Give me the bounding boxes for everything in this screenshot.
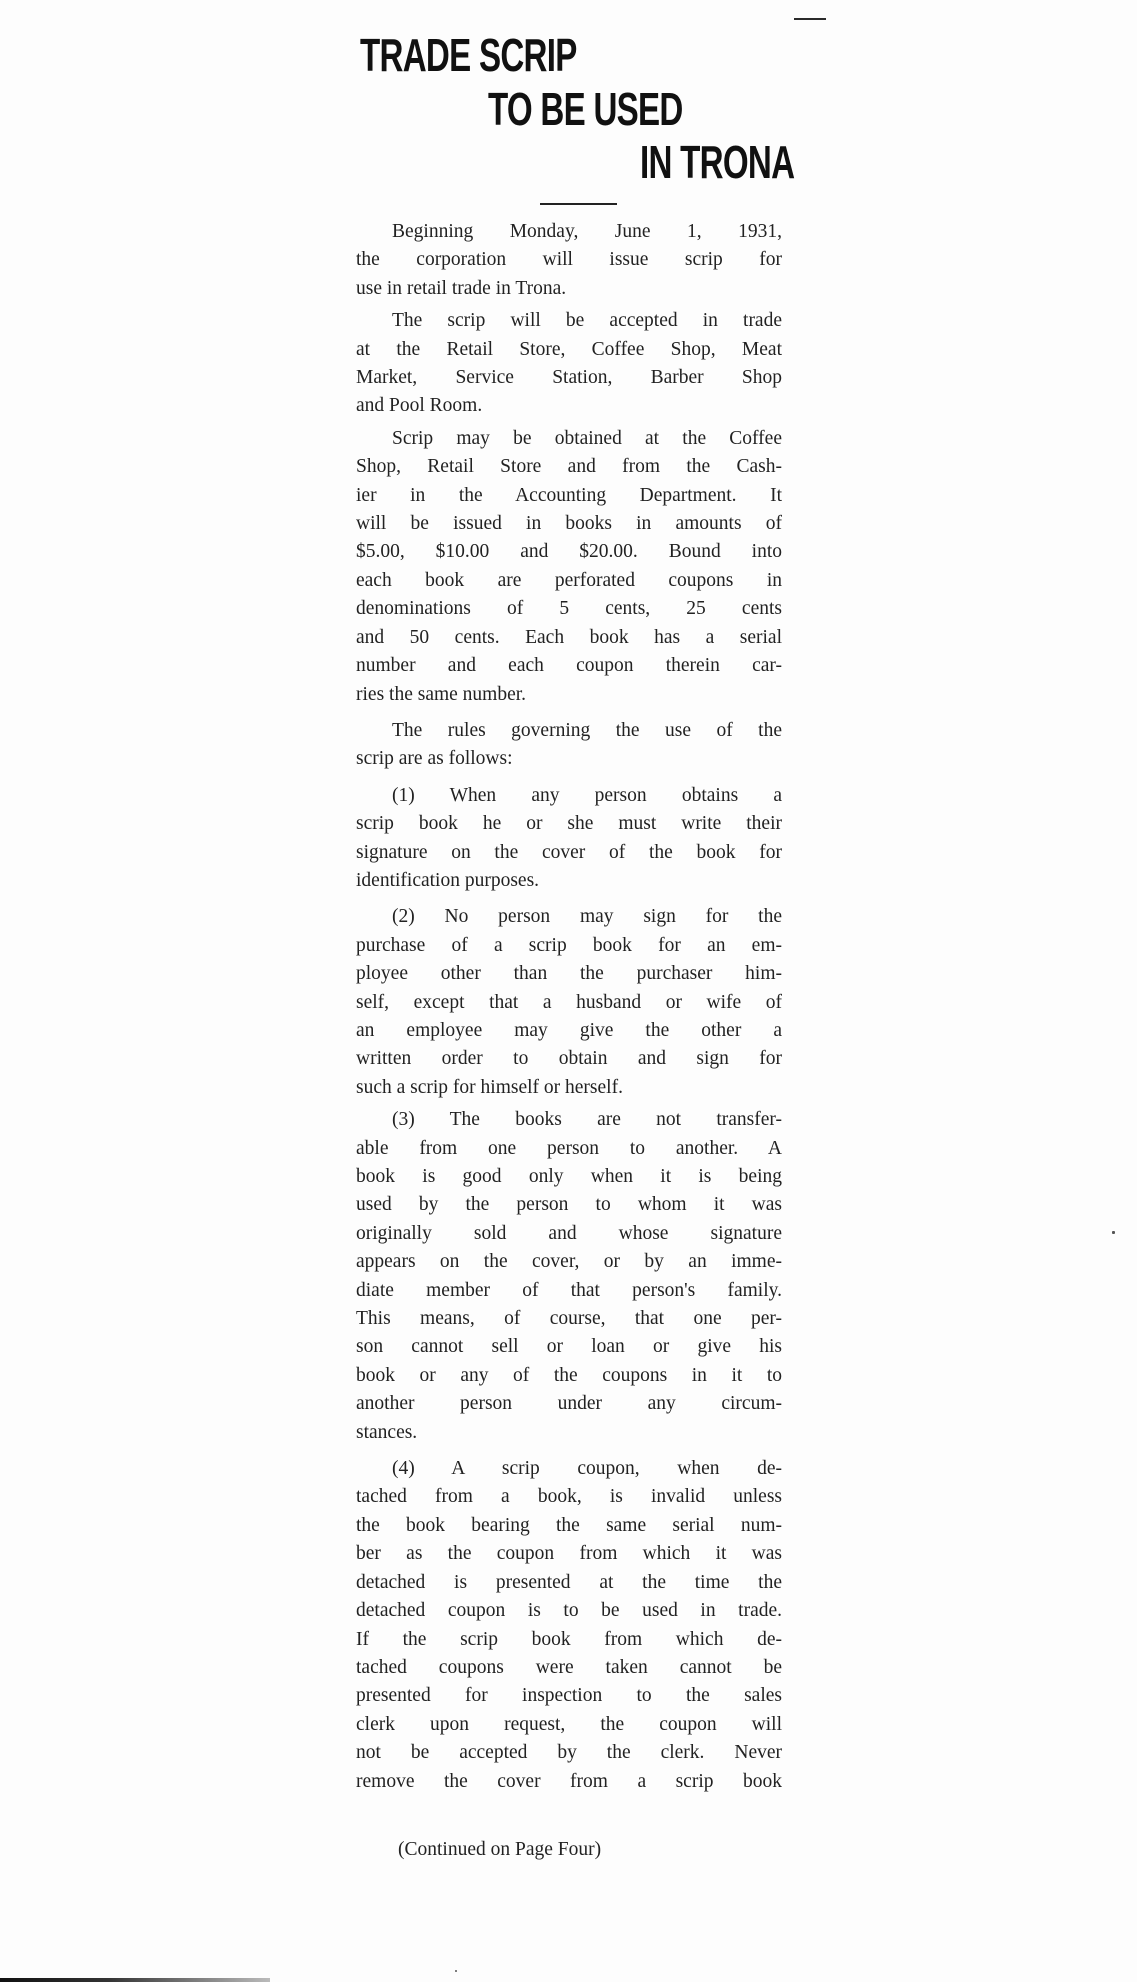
text-line: book or any of the coupons in it to	[356, 1362, 782, 1390]
text-line: written order to obtain and sign for	[356, 1045, 782, 1073]
text-line: an employee may give the other a	[356, 1017, 782, 1045]
text-line: able from one person to another. A	[356, 1135, 782, 1163]
scan-edge-band	[0, 1978, 270, 1982]
text-line: Scrip may be obtained at the Coffee	[356, 425, 782, 453]
text-line: scrip book he or she must write their	[356, 810, 782, 838]
newspaper-clipping: TRADE SCRIP TO BE USED IN TRONA Beginnin…	[0, 0, 1137, 1982]
text-line: identification purposes.	[356, 867, 782, 895]
text-line: another person under any circum-	[356, 1390, 782, 1418]
text-line: presented for inspection to the sales	[356, 1682, 782, 1710]
text-line: used by the person to whom it was	[356, 1191, 782, 1219]
rule-4: (4) A scrip coupon, when de- tached from…	[356, 1455, 782, 1796]
text-line: each book are perforated coupons in	[356, 567, 782, 595]
paragraph-acceptance: The scrip will be accepted in trade at t…	[356, 307, 782, 421]
text-line: number and each coupon therein car-	[356, 652, 782, 680]
text-line: not be accepted by the clerk. Never	[356, 1739, 782, 1767]
corner-mark	[794, 18, 826, 20]
text-line: tached from a book, is invalid unless	[356, 1483, 782, 1511]
rule-2: (2) No person may sign for the purchase …	[356, 903, 782, 1102]
text-line: (1) When any person obtains a	[356, 782, 782, 810]
text-line: (3) The books are not transfer-	[356, 1106, 782, 1134]
text-line: ployee other than the purchaser him-	[356, 960, 782, 988]
rule-3: (3) The books are not transfer- able fro…	[356, 1106, 782, 1447]
text-line: Market, Service Station, Barber Shop	[356, 364, 782, 392]
text-line: If the scrip book from which de-	[356, 1626, 782, 1654]
text-line: This means, of course, that one per-	[356, 1305, 782, 1333]
text-line: purchase of a scrip book for an em-	[356, 932, 782, 960]
scan-speck	[1112, 1231, 1115, 1234]
text-line: ber as the coupon from which it was	[356, 1540, 782, 1568]
paragraph-obtaining: Scrip may be obtained at the Coffee Shop…	[356, 425, 782, 709]
text-line: and 50 cents. Each book has a serial	[356, 624, 782, 652]
text-line: detached coupon is to be used in trade.	[356, 1597, 782, 1625]
text-line: appears on the cover, or by an imme-	[356, 1248, 782, 1276]
text-line: signature on the cover of the book for	[356, 839, 782, 867]
text-line: Shop, Retail Store and from the Cash-	[356, 453, 782, 481]
text-line: will be issued in books in amounts of	[356, 510, 782, 538]
text-line: son cannot sell or loan or give his	[356, 1333, 782, 1361]
text-line: use in retail trade in Trona.	[356, 275, 782, 303]
text-line: the corporation will issue scrip for	[356, 246, 782, 274]
scan-speck	[455, 1970, 457, 1972]
headline-line-3: IN TRONA	[640, 139, 794, 185]
text-line: The rules governing the use of the	[356, 717, 782, 745]
article-body: Beginning Monday, June 1, 1931, the corp…	[356, 218, 782, 1796]
text-line: such a scrip for himself or herself.	[356, 1074, 782, 1102]
text-line: ier in the Accounting Department. It	[356, 482, 782, 510]
text-line: stances.	[356, 1419, 782, 1447]
text-line: ries the same number.	[356, 681, 782, 709]
text-line: clerk upon request, the coupon will	[356, 1711, 782, 1739]
paragraph-intro: Beginning Monday, June 1, 1931, the corp…	[356, 218, 782, 303]
continuation-note: (Continued on Page Four)	[398, 1836, 601, 1864]
text-line: denominations of 5 cents, 25 cents	[356, 595, 782, 623]
text-line: $5.00, $10.00 and $20.00. Bound into	[356, 538, 782, 566]
text-line: Beginning Monday, June 1, 1931,	[356, 218, 782, 246]
text-line: book is good only when it is being	[356, 1163, 782, 1191]
text-line: detached is presented at the time the	[356, 1569, 782, 1597]
headline-line-2: TO BE USED	[488, 86, 683, 132]
rule-1: (1) When any person obtains a scrip book…	[356, 782, 782, 896]
headline-divider	[540, 203, 617, 205]
text-line: remove the cover from a scrip book	[356, 1768, 782, 1796]
text-line: The scrip will be accepted in trade	[356, 307, 782, 335]
headline-line-1: TRADE SCRIP	[360, 32, 577, 78]
text-line: and Pool Room.	[356, 392, 782, 420]
text-line: (4) A scrip coupon, when de-	[356, 1455, 782, 1483]
text-line: at the Retail Store, Coffee Shop, Meat	[356, 336, 782, 364]
text-line: diate member of that person's family.	[356, 1277, 782, 1305]
text-line: scrip are as follows:	[356, 745, 782, 773]
text-line: self, except that a husband or wife of	[356, 989, 782, 1017]
paragraph-rules-intro: The rules governing the use of the scrip…	[356, 717, 782, 774]
text-line: the book bearing the same serial num-	[356, 1512, 782, 1540]
text-line: (2) No person may sign for the	[356, 903, 782, 931]
text-line: tached coupons were taken cannot be	[356, 1654, 782, 1682]
text-line: originally sold and whose signature	[356, 1220, 782, 1248]
